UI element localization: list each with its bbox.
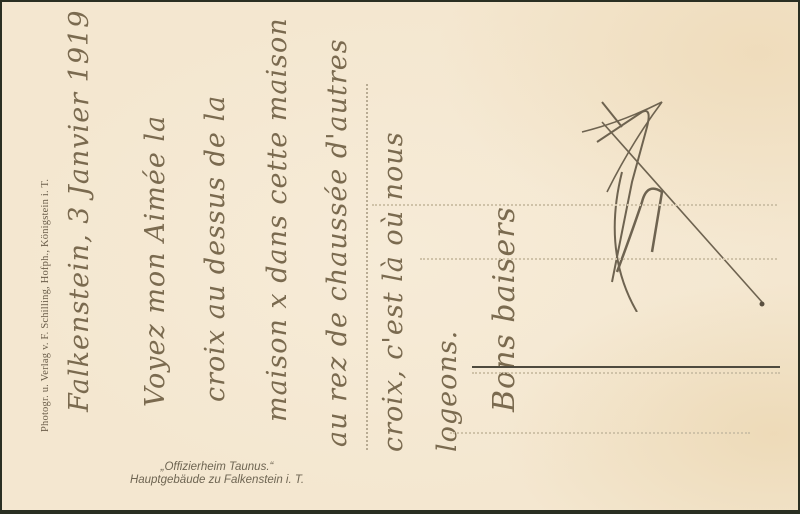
caption-subtitle: Hauptgebäude zu Falkenstein i. T. xyxy=(72,474,362,487)
signature-icon xyxy=(562,82,792,312)
caption-title: „Offizierheim Taunus.“ xyxy=(72,461,362,474)
message-line-date: Falkenstein, 3 Janvier 1919 xyxy=(64,10,95,412)
address-line xyxy=(372,204,777,206)
publisher-imprint: Photogr. u. Verlag v. F. Schilling, Hofp… xyxy=(40,179,51,432)
address-line xyxy=(420,258,777,260)
image-caption: „Offizierheim Taunus.“ Hauptgebäude zu F… xyxy=(72,461,362,487)
divider-line xyxy=(366,84,368,450)
message-line: Voyez mon Aimée la xyxy=(140,115,171,407)
message-line: maison x dans cette maison xyxy=(262,17,293,422)
message-line: croix au dessus de la xyxy=(200,95,231,402)
message-line: au rez de chaussée d'autres xyxy=(322,38,353,447)
address-line xyxy=(472,372,780,374)
address-rule xyxy=(472,366,780,368)
message-line: croix, c'est là où nous xyxy=(378,131,409,452)
postcard-back: Photogr. u. Verlag v. F. Schilling, Hofp… xyxy=(2,2,798,510)
message-line-closing: Bons baisers xyxy=(487,206,522,412)
address-line xyxy=(450,432,750,434)
